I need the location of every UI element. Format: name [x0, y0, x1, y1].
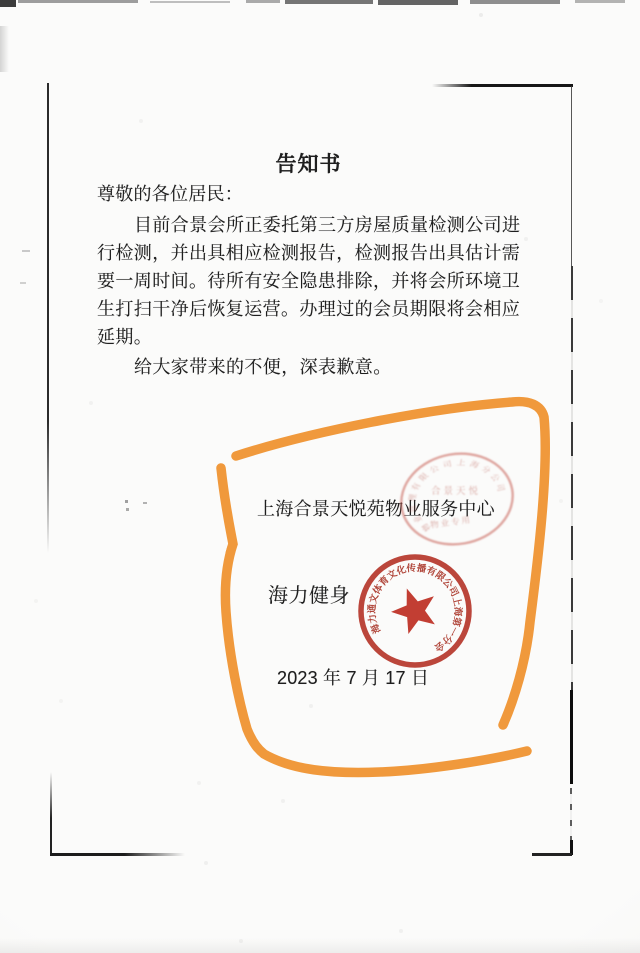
faint-seal-center-text: 合景天悦	[431, 485, 481, 497]
red-star-icon	[385, 581, 443, 637]
stamps-and-marker-layer: 物业管理有限公司上海分公司 合景天悦 物业专用 海力通文体育文化传播有限公司上海…	[0, 0, 640, 953]
scanned-notice-photo: 告知书 尊敬的各位居民： 目前合景会所正委托第三方房屋质量检测公司进 行检测，并…	[0, 0, 640, 953]
faint-seal-center-text2: 物业专用	[430, 514, 473, 530]
marker-kink	[229, 540, 233, 553]
red-seal-stamp: 海力通文体育文化传播有限公司上海第一分会	[358, 551, 474, 665]
faint-seal-stamp: 物业管理有限公司上海分公司 合景天悦 物业专用	[394, 445, 520, 553]
